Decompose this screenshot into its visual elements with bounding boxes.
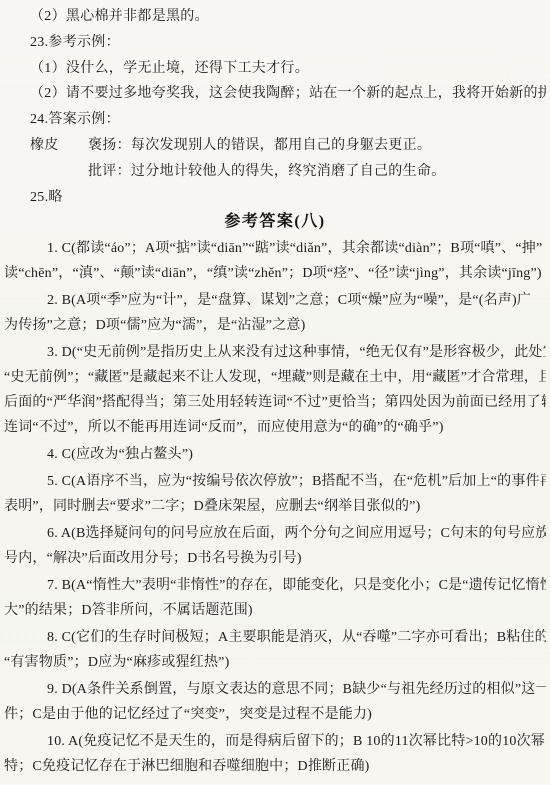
answer-line: 5. C(A语序不当，应为“按编号依次停放”；B搭配不当，在“危机”后加上“的事… (4, 469, 546, 494)
answer-line: 10. A(免疫记忆不是天生的，而是得病后留下的；B 10的11次幂比特>10的… (4, 729, 546, 754)
section-title: 参考答案(八) (4, 210, 546, 234)
answer-line: 6. A(B选择疑问句的问号应放在后面，两个分句之间应用逗号；C句末的句号应放在… (4, 521, 546, 546)
answer-line: 8. C(它们的生存时间极短；A主要职能是消灭，从“吞噬”二字亦可看出；B粘住的… (4, 625, 546, 650)
answer-line: 连词“不过”，所以不能再用连词“反而”，而应使用意为“的确”的“确乎”) (4, 415, 546, 440)
answer-line: “史无前例”；“藏匿”是藏起来不让人发现，“埋藏”则是藏在土中，用“藏匿”才合常… (4, 365, 546, 390)
eraser-term: 橡皮 (30, 133, 88, 159)
answer-line: 号内，“解决”后面改用分号；D书名号换为引号) (4, 546, 546, 571)
eraser-example-row: 橡皮 褒扬：每次发现别人的错误，都用自己的身躯去更正。 (4, 133, 546, 159)
answer-line: “有害物质”；D应为“麻疹或猩红热”) (4, 650, 546, 675)
answer-line: 24.答案示例： (4, 107, 546, 133)
answer-line: 读“chēn”，“滇”、“颠”读“diān”，“缜”读“zhěn”；D项“痉”、… (4, 261, 546, 286)
answer-line: 大”的结果；D答非所问，不属话题范围) (4, 598, 546, 623)
answer-line: 特；C免疫记忆存在于淋巴细胞和吞噬细胞中；D推断正确) (4, 754, 546, 779)
answer-line: 9. D(A条件关系倒置，与原文表达的意思不同；B缺少“与祖先经历过的相似”这一… (4, 677, 546, 702)
answer-line: 3. D(“史无前例”是指历史上从来没有过这种事情，“绝无仅有”是形容极少，此处… (4, 340, 546, 365)
answer-line: （2）请不要过多地夸奖我，这会使我陶醉；站在一个新的起点上，我将开始新的拼搏。 (4, 81, 546, 107)
answer-line: 后面的“严华润”搭配得当；第三处用轻转连词“不过”更恰当；第四处因为前面已经用了… (4, 390, 546, 415)
eraser-praise-line: 褒扬：每次发现别人的错误，都用自己的身躯去更正。 (88, 133, 431, 159)
answer-line: 1. C(都读“áo”；A项“掂”读“diān”“踮”读“diǎn”，其余都读“… (4, 236, 546, 261)
eraser-criticism-line: 批评：过分地计较他人的得失，终究消磨了自己的生命。 (4, 159, 546, 185)
answer-key-page: （2）黑心棉并非都是黑的。 23.参考示例： （1）没什么，学无止境，还得下工夫… (0, 0, 550, 785)
answer-line: （2）黑心棉并非都是黑的。 (4, 4, 546, 30)
answer-line: 7. B(A“惰性大”表明“非惰性”的存在，即能变化，只是变化小；C是“遗传记忆… (4, 573, 546, 598)
answer-line: 2. B(A项“季”应为“计”，是“盘算、谋划”之意；C项“燥”应为“噪”，是“… (4, 288, 546, 313)
answer-line: 23.参考示例： (4, 30, 546, 56)
answer-line: 为传扬”之意；D项“儒”应为“濡”，是“沾湿”之意) (4, 313, 546, 338)
answer-line: 25.略 (4, 185, 546, 211)
previous-answers-section: （2）黑心棉并非都是黑的。 23.参考示例： （1）没什么，学无止境，还得下工夫… (4, 4, 546, 210)
answer-key-section: 1. C(都读“áo”；A项“掂”读“diān”“踮”读“diǎn”，其余都读“… (4, 236, 546, 779)
answer-line: （1）没什么，学无止境，还得下工夫才行。 (4, 56, 546, 82)
answer-line: 表明”，同时删去“要求”二字；D叠床架屋，应删去“纲举目张似的”) (4, 494, 546, 519)
answer-line: 4. C(应改为“独占鳌头”) (4, 442, 546, 467)
answer-line: 件；C是由于他的记忆经过了“突变”，突变是过程不是能力) (4, 702, 546, 727)
